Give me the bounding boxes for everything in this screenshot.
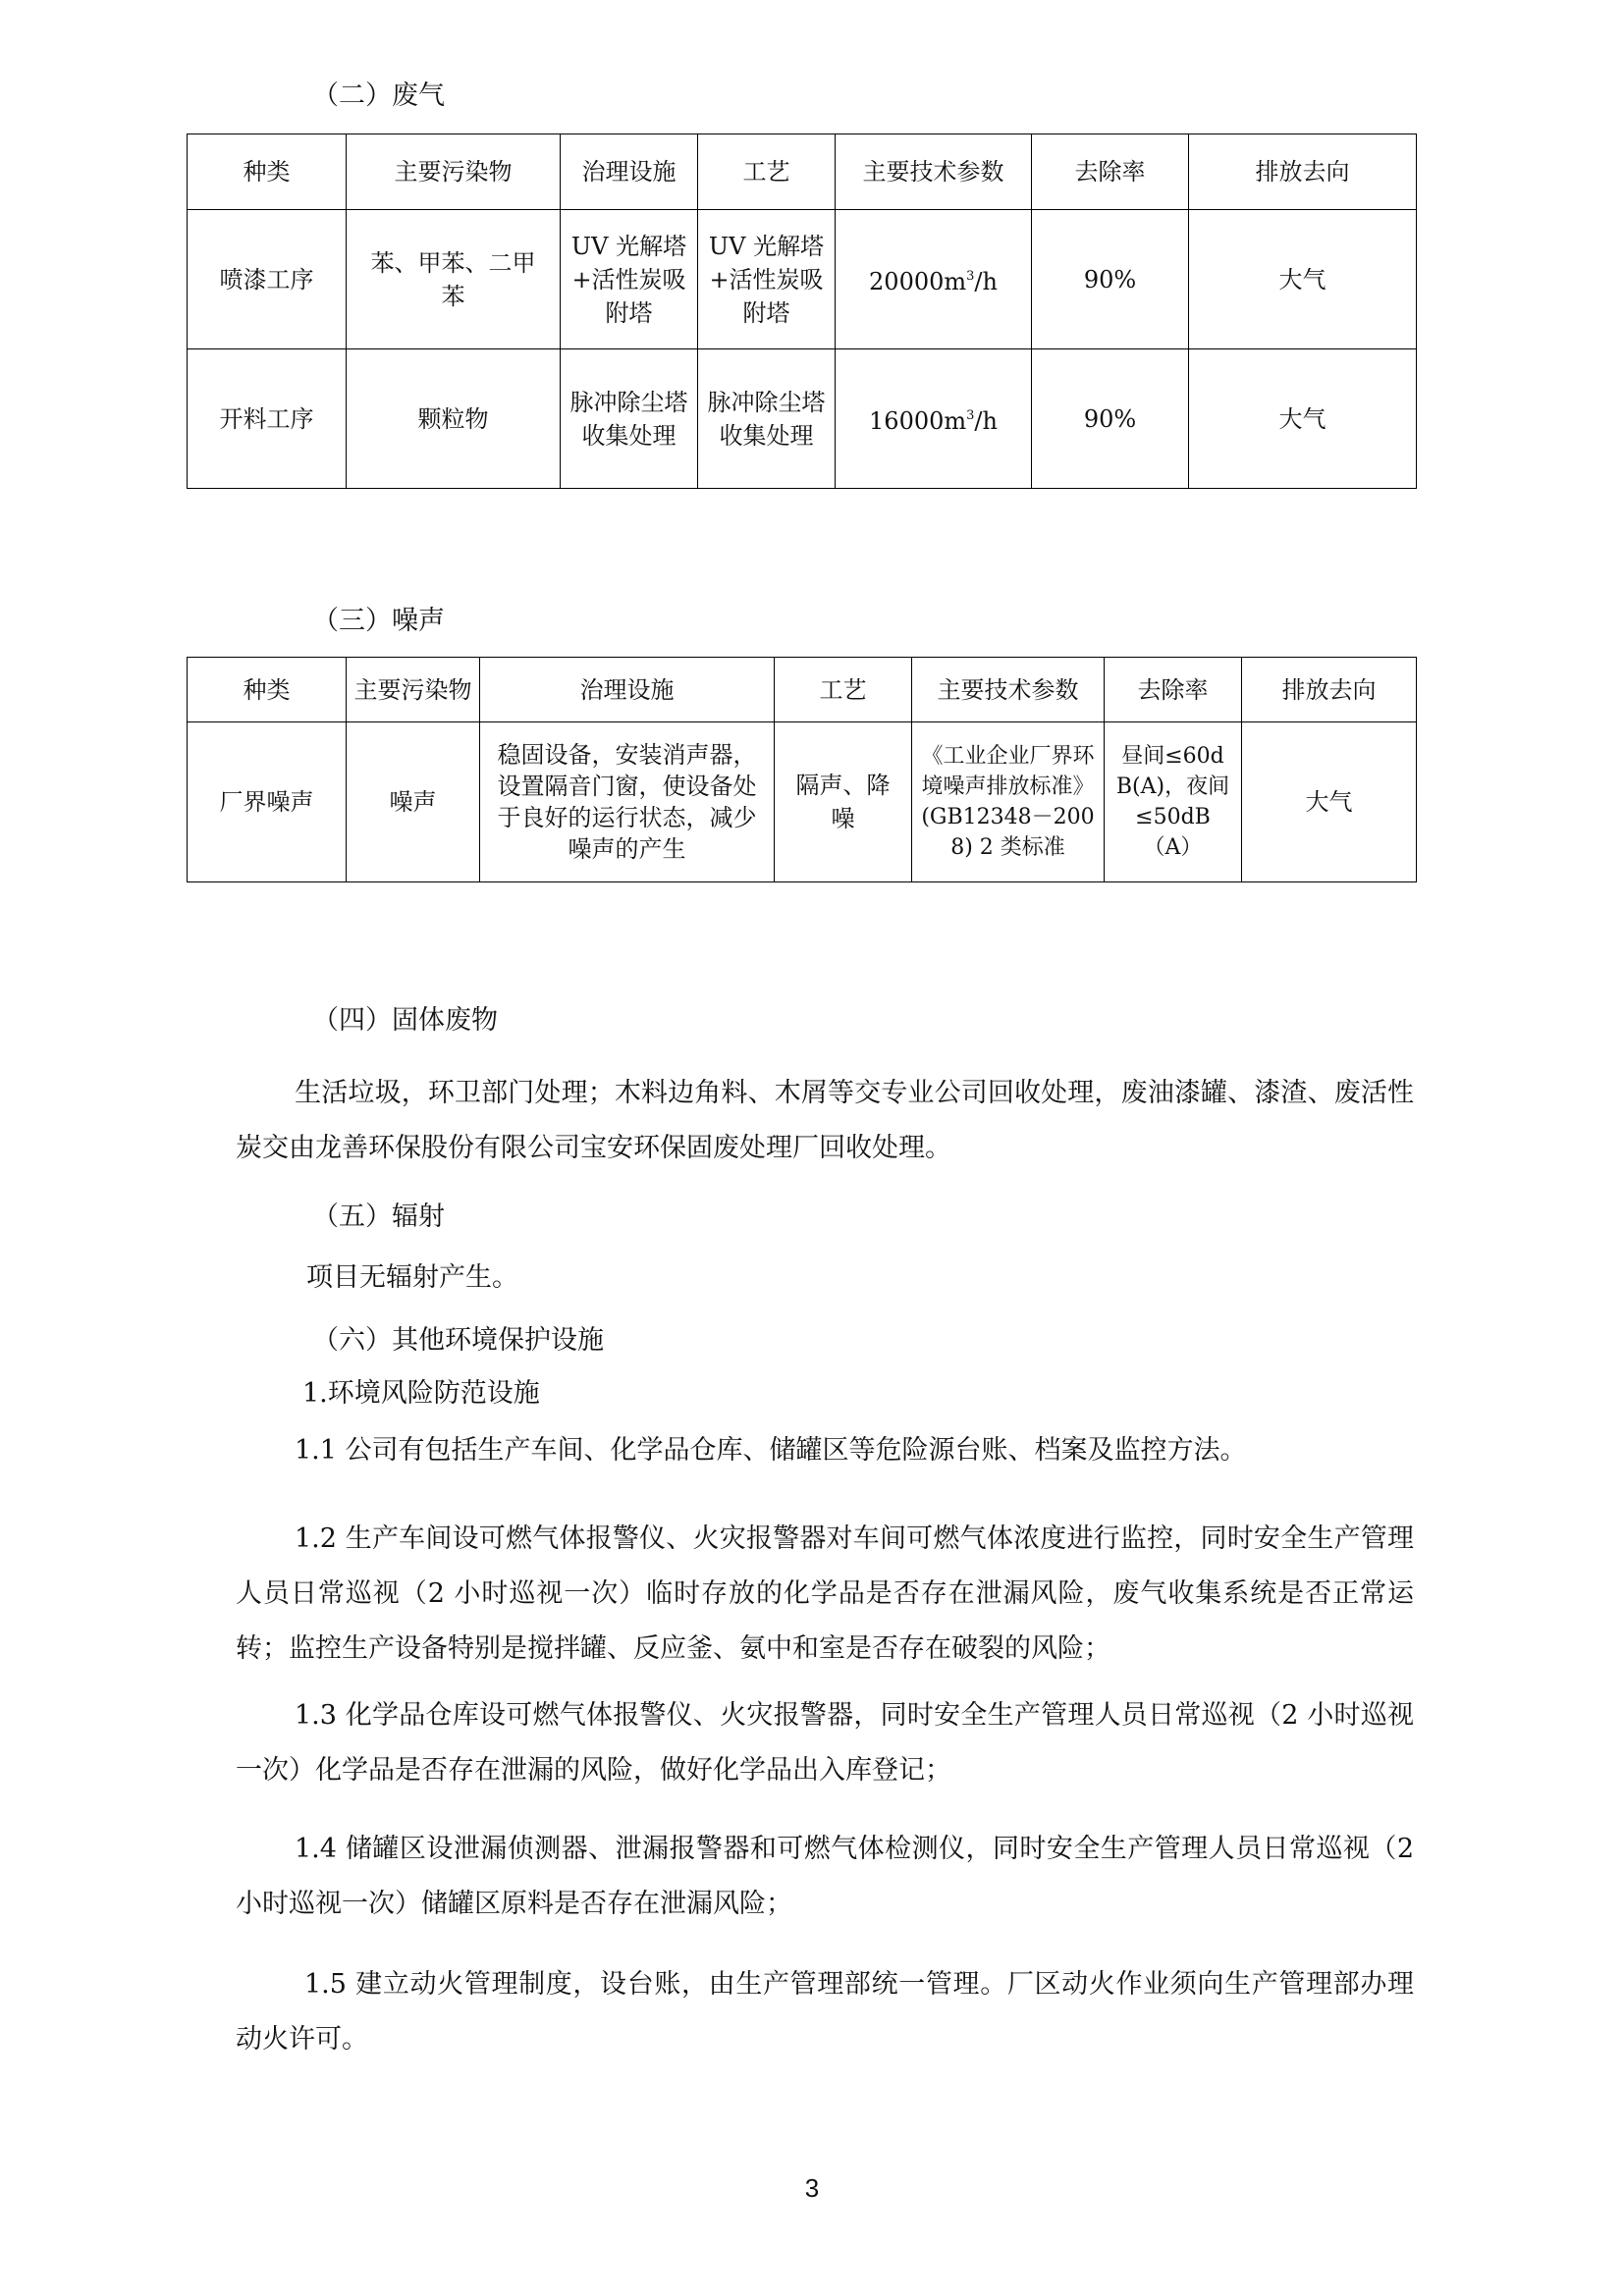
cell-process: UV 光解塔+活性炭吸附塔: [698, 210, 836, 349]
table-row: 厂界噪声 噪声 稳固设备，安装消声器，设置隔音门窗，使设备处于良好的运行状态，减…: [188, 722, 1417, 882]
subheading-risk-prevention: 1.环境风险防范设施: [302, 1376, 540, 1412]
header-cell: 排放去向: [1189, 134, 1417, 210]
table-header-row: 种类 主要污染物 治理设施 工艺 主要技术参数 去除率 排放去向: [188, 134, 1417, 210]
param-unit: /h: [974, 407, 998, 435]
section-heading-solid-waste: （四）固体废物: [312, 1003, 498, 1039]
solid-waste-text: 生活垃圾，环卫部门处理；木料边角料、木屑等交专业公司回收处理，废油漆罐、漆渣、废…: [236, 1078, 1414, 1163]
header-cell: 工艺: [775, 658, 912, 722]
header-cell: 去除率: [1032, 134, 1189, 210]
risk-item-1-5: 1.5 建立动火管理制度，设台账，由生产管理部统一管理。厂区动火作业须向生产管理…: [236, 1957, 1414, 2067]
risk-item-text: 1.3 化学品仓库设可燃气体报警仪、火灾报警器，同时安全生产管理人员日常巡视（2…: [236, 1700, 1414, 1786]
cell-discharge: 大气: [1189, 349, 1417, 489]
cell-discharge: 大气: [1242, 722, 1417, 882]
cell-type: 开料工序: [188, 349, 347, 489]
radiation-text: 项目无辐射产生。: [306, 1260, 518, 1296]
header-cell: 治理设施: [561, 134, 698, 210]
page-number: 3: [0, 2173, 1624, 2204]
header-cell: 排放去向: [1242, 658, 1417, 722]
cell-removal: 90%: [1032, 210, 1189, 349]
header-cell: 去除率: [1105, 658, 1242, 722]
header-cell: 种类: [188, 658, 347, 722]
noise-table: 种类 主要污染物 治理设施 工艺 主要技术参数 去除率 排放去向 厂界噪声 噪声…: [187, 657, 1417, 882]
risk-item-1-3: 1.3 化学品仓库设可燃气体报警仪、火灾报警器，同时安全生产管理人员日常巡视（2…: [236, 1688, 1414, 1798]
header-cell: 种类: [188, 134, 347, 210]
cell-process: 脉冲除尘塔收集处理: [698, 349, 836, 489]
header-cell: 治理设施: [480, 658, 775, 722]
cell-pollutant: 颗粒物: [347, 349, 561, 489]
cell-pollutant: 噪声: [347, 722, 480, 882]
risk-item-1-1: 1.1 公司有包括生产车间、化学品仓库、储罐区等危险源台账、档案及监控方法。: [236, 1423, 1414, 1478]
cell-facility: 脉冲除尘塔收集处理: [561, 349, 698, 489]
cell-param: 16000m3/h: [836, 349, 1032, 489]
param-unit: /h: [974, 268, 998, 295]
cell-facility: 稳固设备，安装消声器，设置隔音门窗，使设备处于良好的运行状态，减少噪声的产生: [480, 722, 775, 882]
solid-waste-paragraph: 生活垃圾，环卫部门处理；木料边角料、木屑等交专业公司回收处理，废油漆罐、漆渣、废…: [236, 1066, 1414, 1176]
table-row: 喷漆工序 苯、甲苯、二甲苯 UV 光解塔+活性炭吸附塔 UV 光解塔+活性炭吸附…: [188, 210, 1417, 349]
risk-item-1-4: 1.4 储罐区设泄漏侦测器、泄漏报警器和可燃气体检测仪，同时安全生产管理人员日常…: [236, 1822, 1414, 1932]
cell-discharge: 大气: [1189, 210, 1417, 349]
section-heading-waste-gas: （二）废气: [312, 79, 445, 114]
waste-gas-table: 种类 主要污染物 治理设施 工艺 主要技术参数 去除率 排放去向 喷漆工序 苯、…: [187, 133, 1417, 489]
cell-pollutant: 苯、甲苯、二甲苯: [347, 210, 561, 349]
header-cell: 主要污染物: [347, 134, 561, 210]
risk-item-text: 1.4 储罐区设泄漏侦测器、泄漏报警器和可燃气体检测仪，同时安全生产管理人员日常…: [236, 1834, 1414, 1919]
cell-removal: 90%: [1032, 349, 1189, 489]
header-cell: 主要技术参数: [836, 134, 1032, 210]
section-heading-other: （六）其他环境保护设施: [312, 1323, 604, 1359]
section-heading-noise: （三）噪声: [312, 604, 445, 639]
cell-param: 《工业企业厂界环境噪声排放标准》(GB12348－2008) 2 类标准: [912, 722, 1105, 882]
cell-removal: 昼间≤60dB(A)，夜间≤50dB（A）: [1105, 722, 1242, 882]
cell-type: 厂界噪声: [188, 722, 347, 882]
section-heading-radiation: （五）辐射: [312, 1200, 445, 1235]
header-cell: 主要污染物: [347, 658, 480, 722]
param-value: 20000m: [869, 268, 966, 295]
cell-type: 喷漆工序: [188, 210, 347, 349]
header-cell: 工艺: [698, 134, 836, 210]
param-value: 16000m: [869, 407, 966, 435]
risk-item-text: 1.1 公司有包括生产车间、化学品仓库、储罐区等危险源台账、档案及监控方法。: [295, 1435, 1247, 1466]
table-header-row: 种类 主要污染物 治理设施 工艺 主要技术参数 去除率 排放去向: [188, 658, 1417, 722]
table-row: 开料工序 颗粒物 脉冲除尘塔收集处理 脉冲除尘塔收集处理 16000m3/h 9…: [188, 349, 1417, 489]
cell-facility: UV 光解塔+活性炭吸附塔: [561, 210, 698, 349]
header-cell: 主要技术参数: [912, 658, 1105, 722]
cell-param: 20000m3/h: [836, 210, 1032, 349]
cell-process: 隔声、降噪: [775, 722, 912, 882]
risk-item-1-2: 1.2 生产车间设可燃气体报警仪、火灾报警器对车间可燃气体浓度进行监控，同时安全…: [236, 1512, 1414, 1677]
risk-item-text: 1.2 生产车间设可燃气体报警仪、火灾报警器对车间可燃气体浓度进行监控，同时安全…: [236, 1523, 1414, 1664]
risk-item-text: 1.5 建立动火管理制度，设台账，由生产管理部统一管理。厂区动火作业须向生产管理…: [236, 1969, 1414, 2055]
